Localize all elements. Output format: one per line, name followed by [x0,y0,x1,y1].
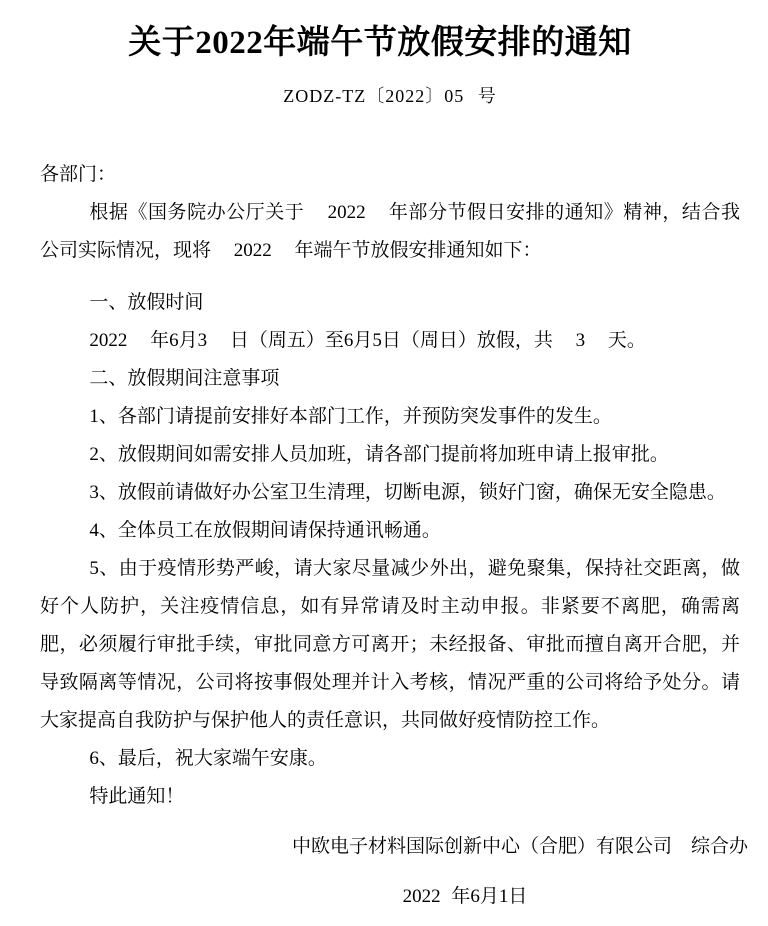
notice-document: 关于2022年端午节放假安排的通知 ZODZ-TZ〔2022〕05 号 各部门：… [0,0,768,926]
note-item-5: 5、由于疫情形势严峻，请大家尽量减少外出，避免聚集，保持社交距离，做好个人防护，… [40,550,740,740]
note-item-3: 3、放假前请做好办公室卫生清理，切断电源，锁好门窗，确保无安全隐患。 [40,474,740,512]
intro-paragraph: 根据《国务院办公厅关于 2022 年部分节假日安排的通知》精神，结合我公司实际情… [40,194,740,270]
section-1-heading: 一、放假时间 [40,284,740,322]
section-1-body: 2022 年6月3 日（周五）至6月5日（周日）放假，共 3 天。 [40,322,740,360]
note-item-1: 1、各部门请提前安排好本部门工作，并预防突发事件的发生。 [40,398,740,436]
signature-line: 中欧电子材料国际创新中心（合肥）有限公司 综合办 [40,828,748,866]
doc-number: ZODZ-TZ〔2022〕05 号 [40,84,740,108]
note-item-6: 6、最后，祝大家端午安康。 [40,740,740,778]
note-item-2: 2、放假期间如需安排人员加班，请各部门提前将加班申请上报审批。 [40,436,740,474]
note-item-4: 4、全体员工在放假期间请保持通讯畅通。 [40,512,740,550]
date-line: 2022 年6月1日 [115,878,768,916]
page-title: 关于2022年端午节放假安排的通知 [40,24,740,62]
closing-line: 特此通知！ [40,778,740,816]
section-2-heading: 二、放假期间注意事项 [40,360,740,398]
salutation: 各部门： [40,156,740,194]
